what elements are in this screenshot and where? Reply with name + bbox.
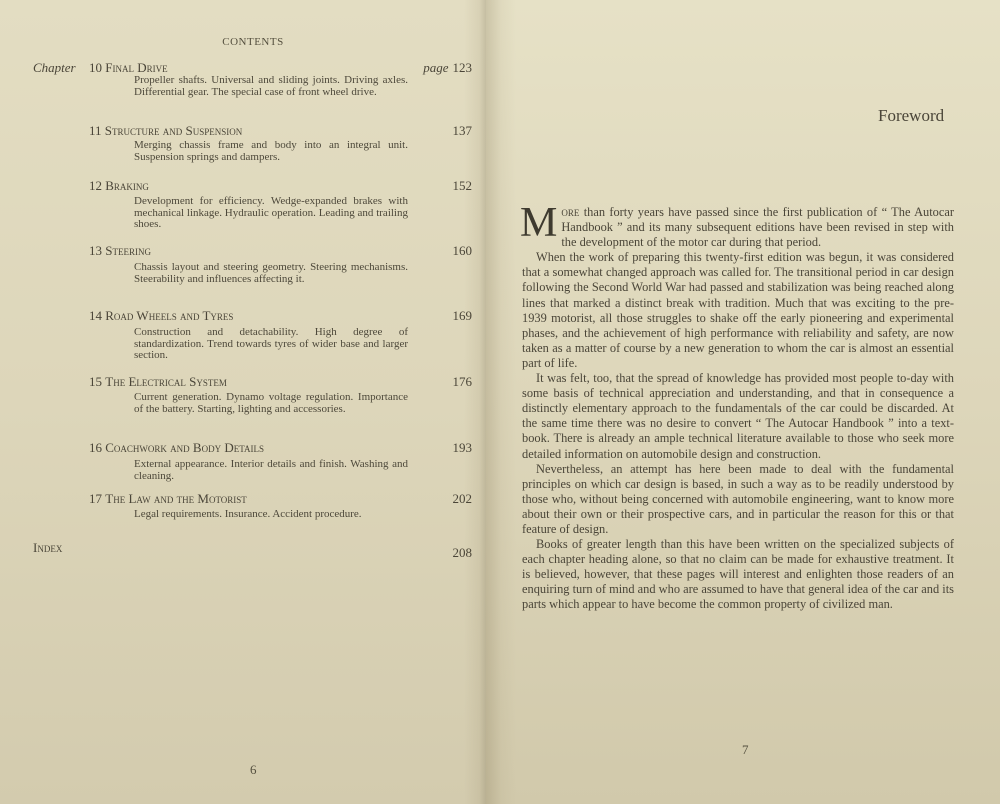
index-page-number: 208 <box>453 545 473 561</box>
chapter-heading: 11 Structure and Suspension <box>89 123 242 139</box>
chapter-description: Merging chassis frame and body into an i… <box>134 140 408 163</box>
foreword-paragraph: When the work of preparing this twenty-f… <box>522 250 954 371</box>
foreword-paragraph: It was felt, too, that the spread of kno… <box>522 371 954 462</box>
chapter-description: Construction and detachability. High deg… <box>134 327 408 362</box>
chapter-description: Legal requirements. Insurance. Accident … <box>134 509 408 521</box>
page-number-left: 6 <box>250 762 257 778</box>
contents-page: CONTENTS Chapter 10 Final Drive page123 … <box>0 0 486 804</box>
index-entry-label: Index <box>33 540 62 556</box>
chapter-page-number: 137 <box>453 123 473 139</box>
foreword-paragraph: Books of greater length than this have b… <box>522 537 954 612</box>
chapter-page-number: 176 <box>453 374 473 390</box>
foreword-paragraph: More than forty years have passed since … <box>522 205 954 250</box>
page-number-right: 7 <box>742 742 749 758</box>
chapter-heading: 14 Road Wheels and Tyres <box>89 308 233 324</box>
chapter-page-number: 193 <box>453 440 473 456</box>
chapter-description: Current generation. Dynamo voltage regul… <box>134 392 408 415</box>
foreword-body: More than forty years have passed since … <box>522 205 954 613</box>
chapter-description: Chassis layout and steering geometry. St… <box>134 262 408 285</box>
chapter-heading: 16 Coachwork and Body Details <box>89 440 264 456</box>
drop-cap: M <box>520 207 557 239</box>
foreword-paragraph: Nevertheless, an attempt has here been m… <box>522 462 954 537</box>
chapter-page-number: page123 <box>423 60 472 76</box>
chapter-label: Chapter <box>33 60 76 76</box>
foreword-title: Foreword <box>878 106 944 126</box>
chapter-heading: 12 Braking <box>89 178 149 194</box>
chapter-heading: 13 Steering <box>89 243 151 259</box>
chapter-description: Development for efficiency. Wedge-expand… <box>134 196 408 231</box>
chapter-description: External appearance. Interior details an… <box>134 459 408 482</box>
chapter-heading: 15 The Electrical System <box>89 374 227 390</box>
chapter-description: Propeller shafts. Universal and sliding … <box>134 75 408 98</box>
contents-heading: CONTENTS <box>0 36 506 48</box>
chapter-page-number: 169 <box>453 308 473 324</box>
chapter-page-number: 152 <box>453 178 473 194</box>
chapter-heading: 17 The Law and the Motorist <box>89 491 247 507</box>
chapter-page-number: 160 <box>453 243 473 259</box>
chapter-page-number: 202 <box>453 491 473 507</box>
